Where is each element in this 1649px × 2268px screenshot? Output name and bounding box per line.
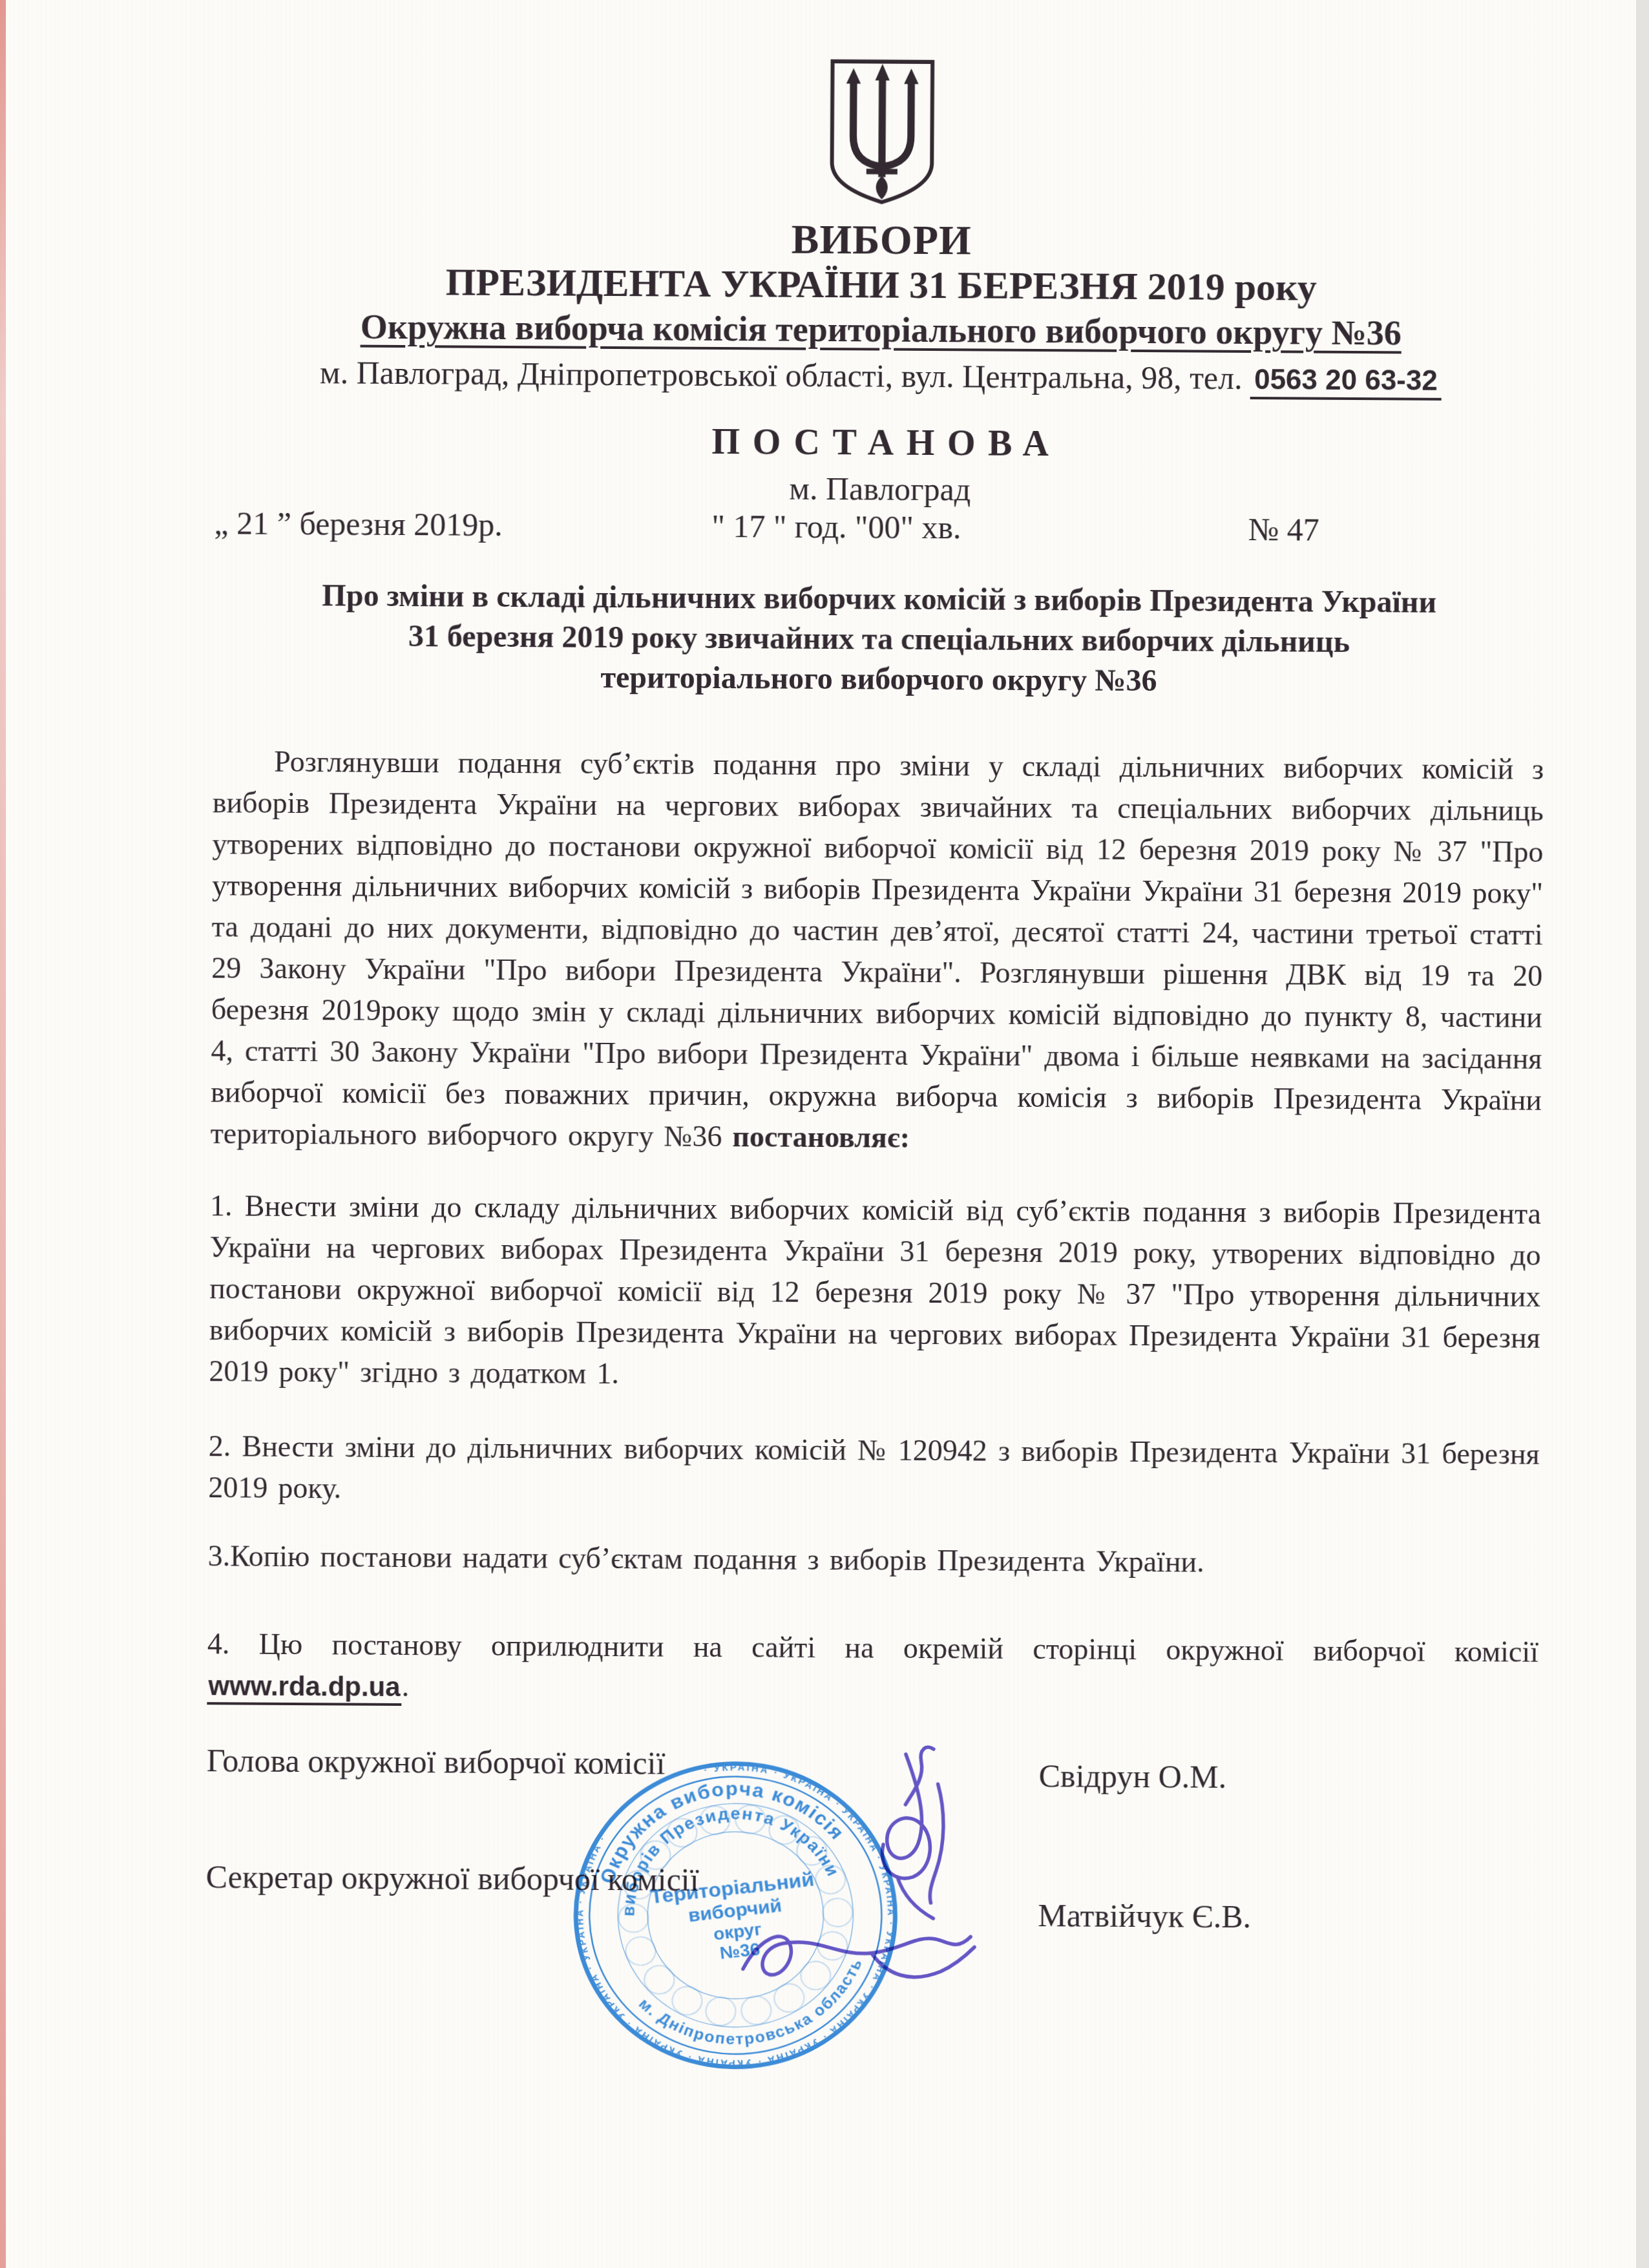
- handwritten-signatures: [702, 1705, 1040, 2037]
- election-title: ВИБОРИ: [216, 213, 1547, 266]
- document-sheet: ВИБОРИ ПРЕЗИДЕНТА УКРАЇНИ 31 БЕРЕЗНЯ 201…: [0, 0, 1649, 2268]
- resolution-item-3: 3.Копію постанови надати суб’єктам подан…: [208, 1535, 1539, 1585]
- document-type-heading: ПОСТАНОВА: [215, 419, 1546, 467]
- signature-ink-head: [882, 1747, 944, 1919]
- commission-address: м. Павлоград, Дніпропетровської області,…: [215, 352, 1546, 401]
- address-text: м. Павлоград, Дніпропетровської області,…: [320, 354, 1243, 396]
- subject-line-3: територіального виборчого округу №36: [213, 655, 1544, 704]
- phone-number: 0563 20 63-32: [1250, 364, 1442, 401]
- signature-name-head: Свідрун О.М.: [1038, 1757, 1226, 1796]
- election-subtitle: ПРЕЗИДЕНТА УКРАЇНИ 31 БЕРЕЗНЯ 2019 року: [216, 259, 1547, 310]
- resolution-meta-row: „ 21 ” березня 2019р. " 17 " год. "00" х…: [214, 504, 1545, 552]
- resolution-item-1: 1. Внести зміни до складу дільничних виб…: [209, 1185, 1541, 1400]
- resolution-date: „ 21 ” березня 2019р.: [214, 504, 503, 543]
- preamble-text: Розглянувши подання суб’єктів подання пр…: [211, 745, 1544, 1153]
- resolution-item-4: 4. Цю постанову оприлюднити на сайті на …: [207, 1623, 1539, 1715]
- scanned-document-page: ВИБОРИ ПРЕЗИДЕНТА УКРАЇНИ 31 БЕРЕЗНЯ 201…: [0, 0, 1649, 2268]
- item-4-period: .: [401, 1670, 409, 1703]
- resolution-subject: Про зміни в складі дільничних виборчих к…: [213, 575, 1545, 704]
- commission-name: Окружна виборча комісія територіального …: [215, 306, 1546, 354]
- ukraine-coat-of-arms-icon: [826, 57, 938, 207]
- subject-line-2: 31 березня 2019 року звичайних та спеціа…: [213, 615, 1544, 664]
- signature-name-secretary: Матвійчук Є.В.: [1038, 1896, 1251, 1935]
- preamble-resolves-word: постановляє:: [732, 1120, 910, 1154]
- website-url: www.rda.dp.ua: [207, 1670, 401, 1706]
- signature-ink-secretary: [743, 1935, 974, 1977]
- item-4-text: 4. Цю постанову оприлюднити на сайті на …: [207, 1627, 1539, 1668]
- resolution-time: " 17 " год. "00" хв.: [711, 507, 961, 546]
- resolution-item-2: 2. Внести зміни до дільничних виборчих к…: [208, 1425, 1540, 1517]
- preamble-paragraph: Розглянувши подання суб’єктів подання пр…: [211, 740, 1544, 1162]
- resolution-number: № 47: [1248, 510, 1319, 549]
